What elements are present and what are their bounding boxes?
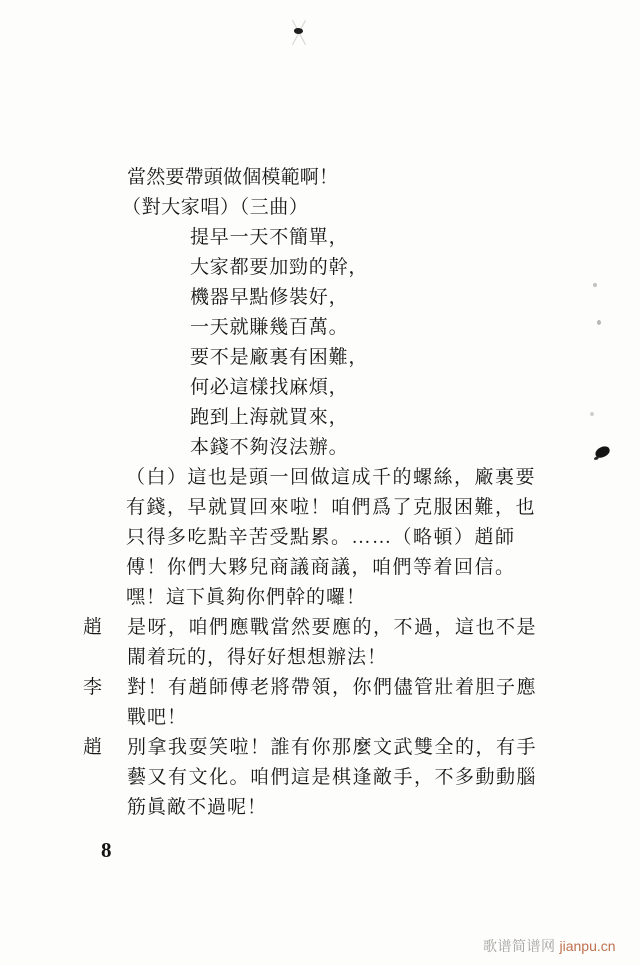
dialogue-text: 別拿我耍笑啦！誰有你那麼文武雙全的，有手 藝又有文化。咱們這是棋逢敵手，不多動動… bbox=[127, 733, 537, 823]
verse-line: 要不是廠裏有困難， bbox=[190, 343, 640, 373]
scanned-script-page: 當然要帶頭做個模範啊！ （對大家唱）（三曲） 提早一天不簡單， 大家都要加勁的幹… bbox=[0, 0, 640, 965]
dialogue-line: 戰吧！ bbox=[127, 703, 537, 733]
speaker-name: 趙 bbox=[83, 613, 127, 643]
spoken-line: 只得多吃點辛苦受點累。……（略頓）趙師 bbox=[126, 523, 640, 553]
ink-speck bbox=[294, 28, 303, 34]
verse-line: 一天就賺幾百萬。 bbox=[190, 313, 640, 343]
dialogue-line: 別拿我耍笑啦！誰有你那麼文武雙全的，有手 bbox=[127, 733, 537, 763]
dialogue-continuation-line: 當然要帶頭做個模範啊！ bbox=[127, 163, 640, 193]
dialogue-text: 對！有趙師傅老將帶領，你們儘管壯着胆子應 戰吧！ bbox=[127, 673, 537, 733]
dialogue-entry: 趙 是呀，咱們應戰當然要應的，不過，這也不是 閙着玩的，得好好想想辦法！ bbox=[0, 613, 640, 673]
spoken-line: 嘿！這下眞夠你們幹的囉！ bbox=[126, 583, 640, 613]
script-text-block: 當然要帶頭做個模範啊！ （對大家唱）（三曲） 提早一天不簡單， 大家都要加勁的幹… bbox=[0, 163, 640, 823]
page-number: 8 bbox=[101, 838, 112, 863]
watermark-site-url: jianpu.cn bbox=[560, 938, 616, 954]
verse-line: 大家都要加勁的幹， bbox=[190, 253, 640, 283]
dialogue-line: 對！有趙師傅老將帶領，你們儘管壯着胆子應 bbox=[127, 673, 537, 703]
spoken-line: 傅！你們大夥兒商議商議，咱們等着回信。 bbox=[126, 553, 640, 583]
stage-direction: （對大家唱）（三曲） bbox=[122, 193, 640, 223]
dialogue-line: 藝又有文化。咱們這是棋逢敵手，不多動動腦 bbox=[127, 763, 537, 793]
dialogue-entry: 李 對！有趙師傅老將帶領，你們儘管壯着胆子應 戰吧！ bbox=[0, 673, 640, 733]
dialogue-entry: 趙 別拿我耍笑啦！誰有你那麼文武雙全的，有手 藝又有文化。咱們這是棋逢敵手，不多… bbox=[0, 733, 640, 823]
verse-block: 提早一天不簡單， 大家都要加勁的幹， 機器早點修裝好， 一天就賺幾百萬。 要不是… bbox=[0, 223, 640, 463]
verse-line: 提早一天不簡單， bbox=[190, 223, 640, 253]
speaker-name: 趙 bbox=[83, 733, 127, 763]
dialogue-line: 筋眞敵不過呢！ bbox=[127, 793, 537, 823]
spoken-paragraph: （白）這也是頭一回做這成千的螺絲，廠裏要 有錢，早就買回來啦！咱們爲了克服困難，… bbox=[0, 463, 640, 613]
speaker-name: 李 bbox=[83, 673, 127, 703]
dialogue-text: 是呀，咱們應戰當然要應的，不過，這也不是 閙着玩的，得好好想想辦法！ bbox=[127, 613, 537, 673]
watermark-site-name: 歌谱简谱网 bbox=[483, 938, 556, 954]
verse-line: 本錢不夠沒法辦。 bbox=[190, 433, 640, 463]
dialogue-line: 是呀，咱們應戰當然要應的，不過，這也不是 bbox=[127, 613, 537, 643]
verse-line: 何必這樣找麻煩， bbox=[190, 373, 640, 403]
verse-line: 機器早點修裝好， bbox=[190, 283, 640, 313]
dialogue-line: 閙着玩的，得好好想想辦法！ bbox=[127, 643, 537, 673]
watermark: 歌谱简谱网jianpu.cn bbox=[483, 936, 616, 956]
verse-line: 跑到上海就買來， bbox=[190, 403, 640, 433]
spoken-line: 有錢，早就買回來啦！咱們爲了克服困難，也 bbox=[126, 493, 640, 523]
spoken-line: （白）這也是頭一回做這成千的螺絲，廠裏要 bbox=[126, 463, 640, 493]
